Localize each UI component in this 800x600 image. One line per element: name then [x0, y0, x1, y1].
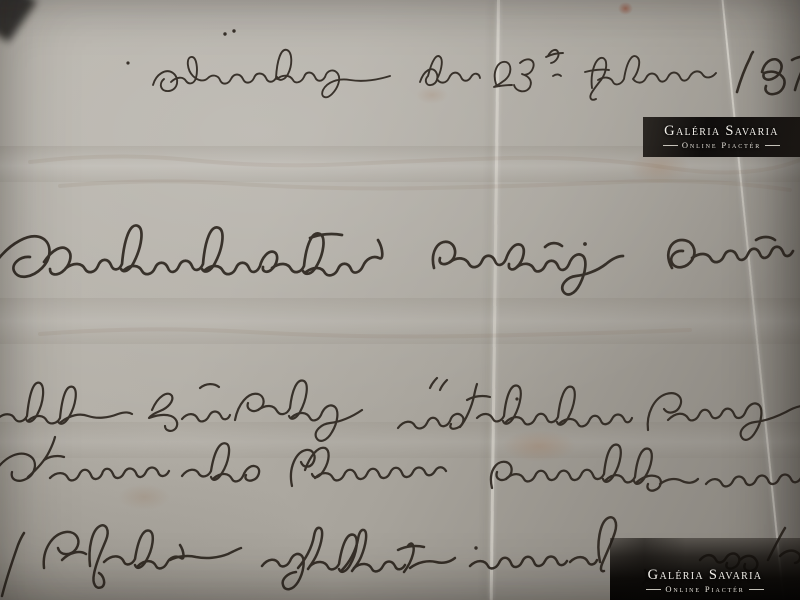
ink-stroke: [2, 533, 24, 596]
i-dot: [515, 397, 518, 400]
ink-stroke: [598, 56, 716, 84]
ink-stroke: [660, 479, 698, 484]
watermark-badge-bottom: Galéria Savaria Online Piactér: [610, 538, 800, 600]
watermark-title: Galéria Savaria: [648, 568, 763, 584]
ink-stroke: [430, 378, 437, 388]
ink-stroke: [420, 56, 480, 85]
ink-stroke: [182, 412, 230, 422]
watermark-subtitle: Online Piactér: [682, 141, 761, 150]
ink-stroke: [570, 557, 597, 564]
umlaut-dot: [232, 29, 235, 32]
ghost-stroke: [60, 181, 790, 190]
ink-stroke: [491, 462, 512, 488]
ink-stroke: [648, 393, 681, 430]
ink-stroke: [410, 558, 455, 568]
handwriting-line-3: [0, 378, 800, 441]
ink-stroke: [306, 240, 382, 275]
ink-stroke: [292, 405, 362, 440]
watermark-title: Galéria Savaria: [664, 124, 779, 140]
ink-stroke: [545, 243, 562, 247]
ink-stroke: [433, 242, 455, 268]
i-dot: [474, 546, 477, 549]
ink-show-through: [30, 156, 800, 336]
ink-stroke: [398, 414, 463, 429]
ghost-stroke: [40, 329, 690, 336]
ink-stroke: [762, 59, 785, 94]
handwriting-layer: [0, 0, 800, 600]
ink-stroke: [506, 445, 621, 482]
ink-stroke: [262, 554, 304, 589]
watermark-subtitle: Online Piactér: [665, 585, 744, 594]
ink-stroke: [737, 52, 753, 92]
ink-stroke: [214, 466, 259, 481]
ink-stroke: [494, 62, 512, 87]
ink-stroke: [235, 394, 264, 420]
ink-stroke: [398, 546, 424, 550]
handwriting-line-1: [126, 29, 800, 99]
ink-stroke: [354, 562, 405, 572]
handwriting-line-4: [0, 437, 800, 491]
ink-stroke: [0, 236, 50, 276]
watermark-rule-left: [663, 145, 678, 146]
umlaut-dot: [223, 32, 226, 35]
ink-stroke: [553, 75, 561, 77]
ink-stroke: [171, 50, 291, 84]
watermark-rule-right: [749, 589, 764, 590]
ink-stroke: [548, 50, 559, 63]
ink-stroke: [200, 384, 219, 388]
letter-photo: Galéria Savaria Online Piactér Galéria S…: [0, 0, 800, 600]
ink-stroke: [149, 394, 177, 431]
watermark-subtitle-row: Online Piactér: [642, 585, 767, 594]
ghost-stroke: [30, 156, 800, 172]
ink-stroke: [706, 475, 800, 487]
ink-stroke: [89, 525, 107, 587]
i-dot: [583, 242, 587, 246]
handwriting-line-2: [0, 225, 793, 294]
watermark-subtitle-row: Online Piactér: [659, 141, 784, 150]
ink-stroke: [668, 240, 694, 268]
ink-stroke: [440, 380, 447, 390]
ink-stroke: [668, 403, 800, 439]
ink-stroke: [44, 532, 79, 568]
ink-stroke: [517, 254, 623, 294]
ink-stroke: [315, 467, 446, 480]
ink-stroke: [467, 396, 490, 400]
ink-stroke: [756, 237, 775, 240]
ink-stroke: [692, 247, 793, 262]
ink-stroke: [560, 415, 632, 427]
ink-stroke: [450, 244, 524, 269]
ink-stroke: [50, 468, 169, 481]
ink-stroke: [470, 557, 567, 569]
ink-stroke: [792, 57, 800, 90]
ink-dot: [126, 61, 129, 64]
watermark-rule-left: [646, 589, 661, 590]
ink-stroke: [153, 71, 177, 91]
ink-stroke: [514, 59, 534, 91]
watermark-badge-top: Galéria Savaria Online Piactér: [643, 117, 800, 157]
ink-stroke: [277, 70, 390, 97]
watermark-rule-right: [765, 145, 780, 146]
